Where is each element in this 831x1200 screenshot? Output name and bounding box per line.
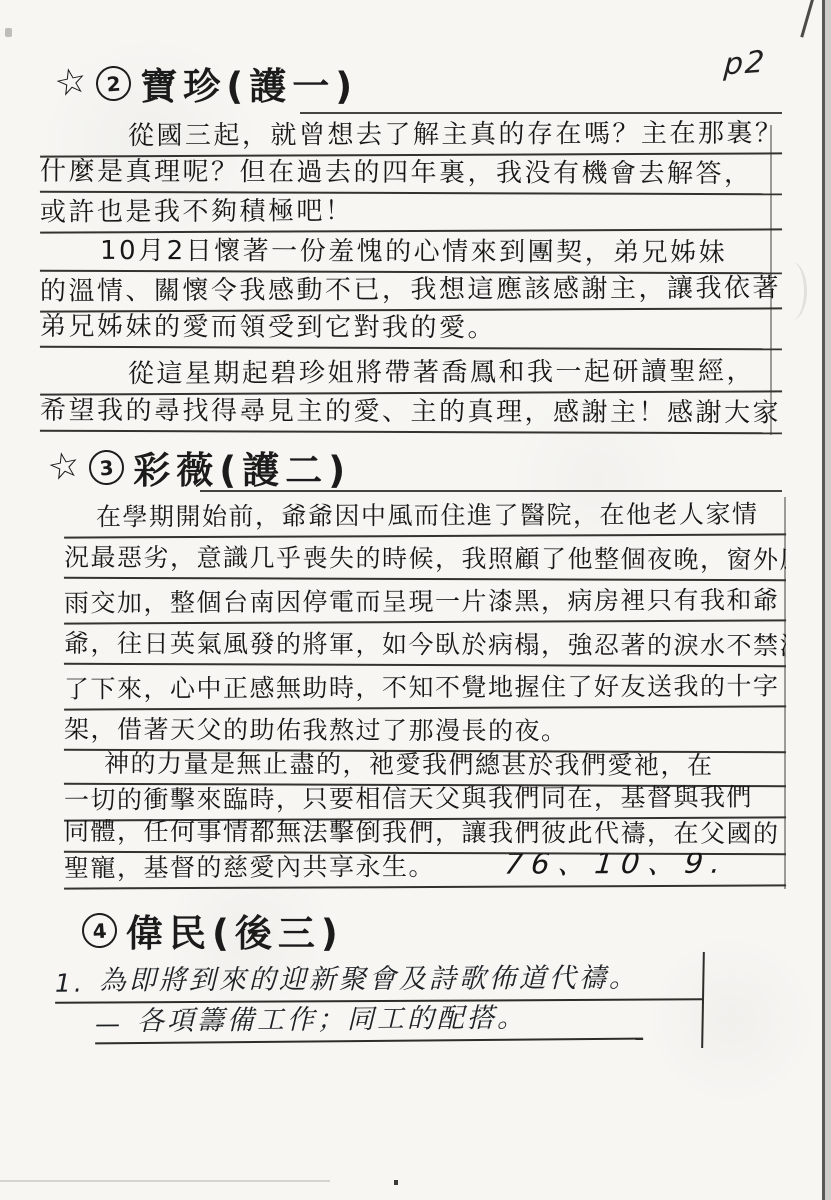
- scan-speck: [5, 28, 12, 37]
- handwritten-line: 在學期開始前，爺爺因中風而住進了醫院，在他老人家情: [64, 492, 786, 538]
- item-text: 各項籌備工作；同工的配搭。: [137, 1000, 527, 1038]
- handwritten-line: 了下來，心中正感無助時，不知不覺地握住了好友送我的十字: [64, 664, 786, 710]
- handwritten-line: 的溫情、關懷令我感動不已，我想這應該感謝主，讓我依著: [40, 271, 782, 312]
- star-icon: ☆: [52, 62, 91, 104]
- item-text: 為即將到來的迎新聚會及詩歌佈道代禱。: [99, 956, 639, 998]
- handwritten-line: 從國三起，就曾想去了解主真的存在嗎？主在那裏？: [40, 116, 782, 157]
- scan-corner-mark: [800, 0, 814, 38]
- paragraph: 從這星期起碧珍姐將帶著喬鳳和我一起研讀聖經， 希望我的尋找得尋見主的愛、主的真理…: [40, 355, 782, 433]
- handwritten-line: 什麼是真理呢？但在過去的四年裏，我没有機會去解答，: [40, 155, 782, 196]
- section-heading-weimin: 4 偉民(後三): [82, 903, 344, 957]
- section-heading-caiwei: ☆ 3 彩薇(護二): [48, 440, 351, 494]
- section-title: 偉民(後三): [126, 903, 344, 957]
- scan-noise: [0, 1180, 330, 1182]
- circled-number-icon: 3: [88, 448, 125, 485]
- paragraph: 神的力量是無止盡的，祂愛我們總甚於我們愛祂，在 一切的衝擊來臨時，只要相信天父與…: [64, 752, 786, 888]
- scan-speck: [394, 1180, 398, 1185]
- paragraph: 從國三起，就曾想去了解主真的存在嗎？主在那裏？ 什麼是真理呢？但在過去的四年裏，…: [40, 118, 782, 232]
- circled-number-icon: 4: [81, 911, 118, 948]
- scanned-handwritten-page: p2 ☆ 2 寶珍(護一) 從國三起，就曾想去了解主真的存在嗎？主在那裏？ 什麼…: [0, 0, 831, 1200]
- scan-curve-mark: [782, 262, 807, 320]
- date: 76、10、9.: [502, 852, 730, 882]
- prayer-item: 1. 為即將到來的迎新聚會及詩歌佈道代禱。: [55, 954, 703, 1003]
- guide-rule: [200, 490, 782, 492]
- section-title: 寶珍(護一): [140, 56, 358, 110]
- handwritten-line: 從這星期起碧珍姐將帶著喬鳳和我一起研讀聖經，: [40, 353, 782, 395]
- handwritten-line: 或許也是我不夠積極吧！: [40, 192, 782, 233]
- item-right-rule: [701, 952, 705, 1048]
- handwritten-line: 一切的衝擊來臨時，只要相信天父與我們同在，基督與我們: [64, 784, 786, 821]
- handwritten-line: 況最惡劣，意識几乎喪失的時候，我照顧了他整個夜晚，窗外風: [64, 536, 786, 582]
- handwritten-line: 神的力量是無止盡的，祂愛我們總甚於我們愛祂，在: [64, 751, 786, 788]
- paragraph: 10月2日懷著一份羞愧的心情來到團契，弟兄姊妹 的溫情、關懷令我感動不已，我想這…: [40, 235, 782, 349]
- scan-right-edge: [825, 0, 831, 1200]
- item-number: 1.: [55, 969, 85, 998]
- handwritten-line: 弟兄姊妹的愛而領受到它對我的愛。: [40, 310, 782, 351]
- line-text: 聖寵，基督的慈愛內共享永生。: [64, 852, 435, 884]
- paragraph: 在學期開始前，爺爺因中風而住進了醫院，在他老人家情 況最惡劣，意識几乎喪失的時候…: [64, 494, 786, 752]
- handwritten-line: 10月2日懷著一份羞愧的心情來到團契，弟兄姊妹: [40, 234, 782, 275]
- guide-rule: [300, 112, 782, 114]
- page-number: p2: [723, 44, 768, 82]
- handwritten-line: 雨交加，整個台南因停電而呈現一片漆黑，病房裡只有我和爺: [64, 578, 786, 624]
- scan-edge-line: [822, 0, 825, 1200]
- handwritten-line: 聖寵，基督的慈愛內共享永生。 76、10、9.: [64, 852, 786, 889]
- handwritten-line: 同體，任何事情都無法擊倒我們，讓我們彼此代禱，在父國的: [64, 819, 786, 856]
- section-title: 彩薇(護二): [133, 440, 351, 494]
- dash-icon: —: [95, 1009, 123, 1038]
- star-icon: ☆: [45, 446, 84, 488]
- prayer-subitem: — 各項籌備工作；同工的配搭。: [95, 1000, 643, 1045]
- section-heading-baozhen: ☆ 2 寶珍(護一): [55, 56, 358, 110]
- circled-number-icon: 2: [95, 64, 132, 101]
- handwritten-line: 希望我的尋找得尋見主的愛、主的真理，感謝主！感謝大家！: [40, 393, 782, 435]
- handwritten-line: 爺，往日英氣風發的將軍，如今臥於病榻，強忍著的淚水不禁流: [64, 622, 786, 668]
- handwritten-line: 架，借著天父的助佑我熬过了那漫長的夜。: [64, 708, 786, 754]
